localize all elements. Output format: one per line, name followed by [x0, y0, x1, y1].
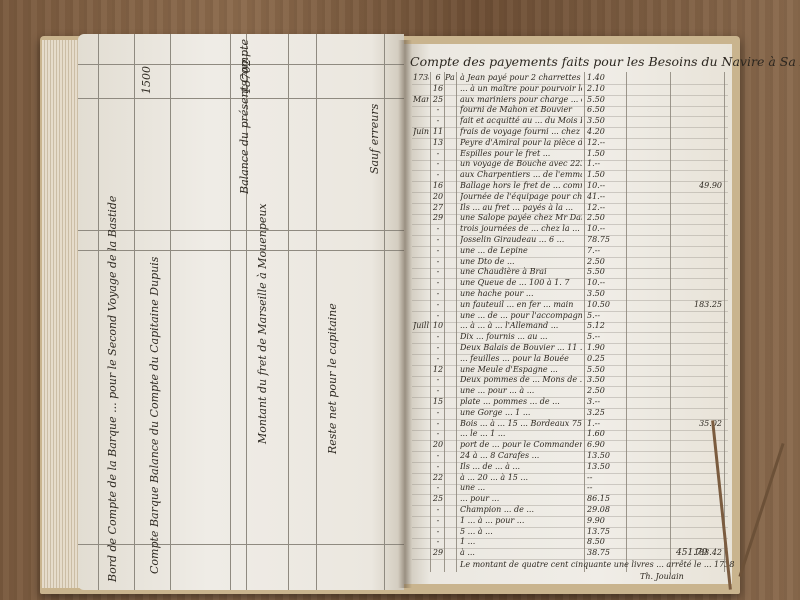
- row-description: trois journées de ... chez la ...: [460, 224, 582, 233]
- row-day: -: [432, 483, 444, 492]
- row-description: 1 ...: [460, 537, 582, 546]
- row-description: Ballage hors le fret de ... commerce: [460, 181, 582, 190]
- row-amount: 1.60: [587, 429, 625, 438]
- row-amount: 2.50: [587, 213, 625, 222]
- row-day: -: [432, 505, 444, 514]
- row-description: 5 ... à ...: [460, 527, 582, 536]
- row-day: -: [432, 343, 444, 352]
- row-description: frais de voyage fourni ... chez le Sr Jo…: [460, 127, 582, 136]
- row-subtotal: 49.90: [674, 181, 722, 190]
- row-description: port de ... pour le Commandement: [460, 440, 582, 449]
- row-description: ... feuilles ... pour la Bouée: [460, 354, 582, 363]
- row-description: Dix ... fournis ... au ...: [460, 332, 582, 341]
- row-amount: 2.50: [587, 257, 625, 266]
- row-description: une Dto de ...: [460, 257, 582, 266]
- row-day: 16: [432, 84, 444, 93]
- row-amount: 6.50: [587, 105, 625, 114]
- row-amount: 3.--: [587, 397, 625, 406]
- row-day: -: [432, 235, 444, 244]
- row-amount: --: [587, 483, 625, 492]
- row-day: 10: [432, 321, 444, 330]
- row-description: une Queue de ... 100 à 1. 7: [460, 278, 582, 287]
- book-gutter: [398, 40, 412, 588]
- row-day: -: [432, 516, 444, 525]
- row-description: Deux pommes de ... Mons de ...: [460, 375, 582, 384]
- row-description: aux mariniers pour charge ... en bateau: [460, 95, 582, 104]
- row-amount: 10.--: [587, 181, 625, 190]
- row-amount: 1.50: [587, 149, 625, 158]
- row-day: -: [432, 278, 444, 287]
- row-description: une ... de ... pour l'accompagnement: [460, 311, 582, 320]
- row-amount: 38.75: [587, 548, 625, 557]
- row-day: -: [432, 159, 444, 168]
- row-description: 24 à ... 8 Carafes ...: [460, 451, 582, 460]
- row-day: -: [432, 257, 444, 266]
- row-amount: 1.--: [587, 159, 625, 168]
- row-day: 16: [432, 181, 444, 190]
- row-day: 22: [432, 473, 444, 482]
- row-amount: 13.50: [587, 462, 625, 471]
- row-description: plate ... pommes ... de ...: [460, 397, 582, 406]
- row-description: à Jean payé pour 2 charrettes de matérie…: [460, 73, 582, 82]
- row-amount: 5.50: [587, 95, 625, 104]
- row-amount: 5.--: [587, 332, 625, 341]
- row-day: -: [432, 311, 444, 320]
- row-day: -: [432, 300, 444, 309]
- row-amount: 13.50: [587, 451, 625, 460]
- row-amount: 12.--: [587, 203, 625, 212]
- row-amount: 2.50: [587, 386, 625, 395]
- row-day: -: [432, 375, 444, 384]
- closing-line: Le montant de quatre cent cinquante une …: [460, 560, 734, 569]
- row-day: -: [432, 289, 444, 298]
- row-amount: 4.20: [587, 127, 625, 136]
- row-day: -: [432, 419, 444, 428]
- row-day: -: [432, 116, 444, 125]
- row-amount: 1.50: [587, 170, 625, 179]
- page-stack: [42, 40, 82, 588]
- row-day: 11: [432, 127, 444, 136]
- row-description: Deux Balais de Bouvier ... 11 ...: [460, 343, 582, 352]
- row-description: 1 ... à ... pour ...: [460, 516, 582, 525]
- row-description: à ...: [460, 548, 582, 557]
- row-day: 15: [432, 397, 444, 406]
- row-description: une Meule d'Espagne ...: [460, 365, 582, 374]
- row-day: 29: [432, 213, 444, 222]
- row-description: Ils ... au fret ... payés à la ...: [460, 203, 582, 212]
- row-day: 6: [432, 73, 444, 82]
- row-amount: 7.--: [587, 246, 625, 255]
- row-day: -: [432, 246, 444, 255]
- row-day: 20: [432, 440, 444, 449]
- ledger-title: Compte des payements faits pour les Beso…: [410, 54, 725, 69]
- row-amount: 5.12: [587, 321, 625, 330]
- row-amount: 12.--: [587, 138, 625, 147]
- row-description: une Chaudière à Brai: [460, 267, 582, 276]
- row-description: Champion ... de ...: [460, 505, 582, 514]
- row-day: -: [432, 451, 444, 460]
- row-amount: 10.--: [587, 224, 625, 233]
- row-description: une ... pour ... à ...: [460, 386, 582, 395]
- row-amount: 86.15: [587, 494, 625, 503]
- row-day: 27: [432, 203, 444, 212]
- row-day: -: [432, 267, 444, 276]
- left-amount-2: 18702: [240, 59, 253, 94]
- row-amount: 9.90: [587, 516, 625, 525]
- row-description: à ... 20 ... à 15 ...: [460, 473, 582, 482]
- row-month: Juillet: [413, 321, 429, 330]
- row-amount: 1.40: [587, 73, 625, 82]
- row-amount: 1.90: [587, 343, 625, 352]
- row-amount: 5.50: [587, 267, 625, 276]
- row-description: un fauteuil ... en fer ... main: [460, 300, 582, 309]
- row-amount: 78.75: [587, 235, 625, 244]
- left-amount-1: 1500: [140, 66, 153, 94]
- row-description: Peyre d'Amiral pour la pièce d'avalement: [460, 138, 582, 147]
- row-description: une ... de Lepine: [460, 246, 582, 255]
- row-description: Ils ... de ... à ...: [460, 462, 582, 471]
- row-day: 25: [432, 95, 444, 104]
- row-amount: 0.25: [587, 354, 625, 363]
- row-description: ... le ... 1 ...: [460, 429, 582, 438]
- row-description: un voyage de Bouche avec 223 pièces ...: [460, 159, 582, 168]
- row-description: Espilles pour le fret ...: [460, 149, 582, 158]
- left-line-2: Montant du fret de Marseille à Mouenpeux: [256, 203, 269, 444]
- row-description: fourni de Mahon et Bouvier: [460, 105, 582, 114]
- row-amount: --: [587, 473, 625, 482]
- row-day: -: [432, 386, 444, 395]
- signature: Th. Joulain: [640, 572, 684, 581]
- row-description: une hache pour ...: [460, 289, 582, 298]
- row-amount: 10.--: [587, 278, 625, 287]
- row-day: -: [432, 462, 444, 471]
- row-amount: 3.50: [587, 116, 625, 125]
- left-heading: Bord de Compte de la Barque ... pour le …: [106, 196, 119, 582]
- row-day: -: [432, 224, 444, 233]
- row-day: -: [432, 429, 444, 438]
- row-day: 25: [432, 494, 444, 503]
- row-subtotal: 183.25: [674, 300, 722, 309]
- left-line-1: Compte Barque Balance du Compte du Capit…: [148, 257, 161, 574]
- row-description: ... pour ...: [460, 494, 582, 503]
- row-day: -: [432, 149, 444, 158]
- row-month: Mars: [413, 95, 429, 104]
- row-day: -: [432, 105, 444, 114]
- row-day: 12: [432, 365, 444, 374]
- row-description: Josselin Giraudeau ... 6 ...: [460, 235, 582, 244]
- row-description: aux Charpentiers ... de l'emmagasinement: [460, 170, 582, 179]
- row-amount: 6.90: [587, 440, 625, 449]
- row-day: 20: [432, 192, 444, 201]
- row-description: ... à un maître pour pourvoir les aviron…: [460, 84, 582, 93]
- row-description: une Gorge ... 1 ...: [460, 408, 582, 417]
- row-description: Journée de l'équipage pour charge ...: [460, 192, 582, 201]
- row-amount: 29.08: [587, 505, 625, 514]
- row-amount: 41.--: [587, 192, 625, 201]
- grand-total: 451.79: [676, 548, 708, 558]
- row-month: 1738 Avril: [413, 73, 429, 82]
- row-day: -: [432, 527, 444, 536]
- row-description: ... à ... à ... l'Allemand ...: [460, 321, 582, 330]
- left-line-5: Sauf erreurs: [368, 104, 381, 174]
- row-amount: 3.50: [587, 375, 625, 384]
- row-description: une Salope payée chez Mr Daniel: [460, 213, 582, 222]
- row-description: Bois ... à ... 15 ... Bordeaux 75 ...: [460, 419, 582, 428]
- row-amount: 5.--: [587, 311, 625, 320]
- row-amount: 5.50: [587, 365, 625, 374]
- left-page-content: Bord de Compte de la Barque ... pour le …: [78, 34, 404, 590]
- row-description: fait et acquitté au ... du Mois Dubose: [460, 116, 582, 125]
- row-amount: 3.25: [587, 408, 625, 417]
- row-day: 13: [432, 138, 444, 147]
- row-day: -: [432, 170, 444, 179]
- row-day: -: [432, 332, 444, 341]
- row-amount: 3.50: [587, 289, 625, 298]
- row-amount: 8.50: [587, 537, 625, 546]
- row-page: Page: [445, 73, 455, 82]
- row-amount: 2.10: [587, 84, 625, 93]
- row-amount: 1.--: [587, 419, 625, 428]
- row-month: Juin: [413, 127, 429, 136]
- row-amount: 10.50: [587, 300, 625, 309]
- row-day: 29: [432, 548, 444, 557]
- row-day: -: [432, 537, 444, 546]
- ledger-table: 1738 Avril6Pageà Jean payé pour 2 charre…: [412, 72, 728, 572]
- row-description: une ...: [460, 483, 582, 492]
- row-amount: 13.75: [587, 527, 625, 536]
- left-line-3: Reste net pour le capitaine: [326, 303, 339, 454]
- row-day: -: [432, 408, 444, 417]
- row-day: -: [432, 354, 444, 363]
